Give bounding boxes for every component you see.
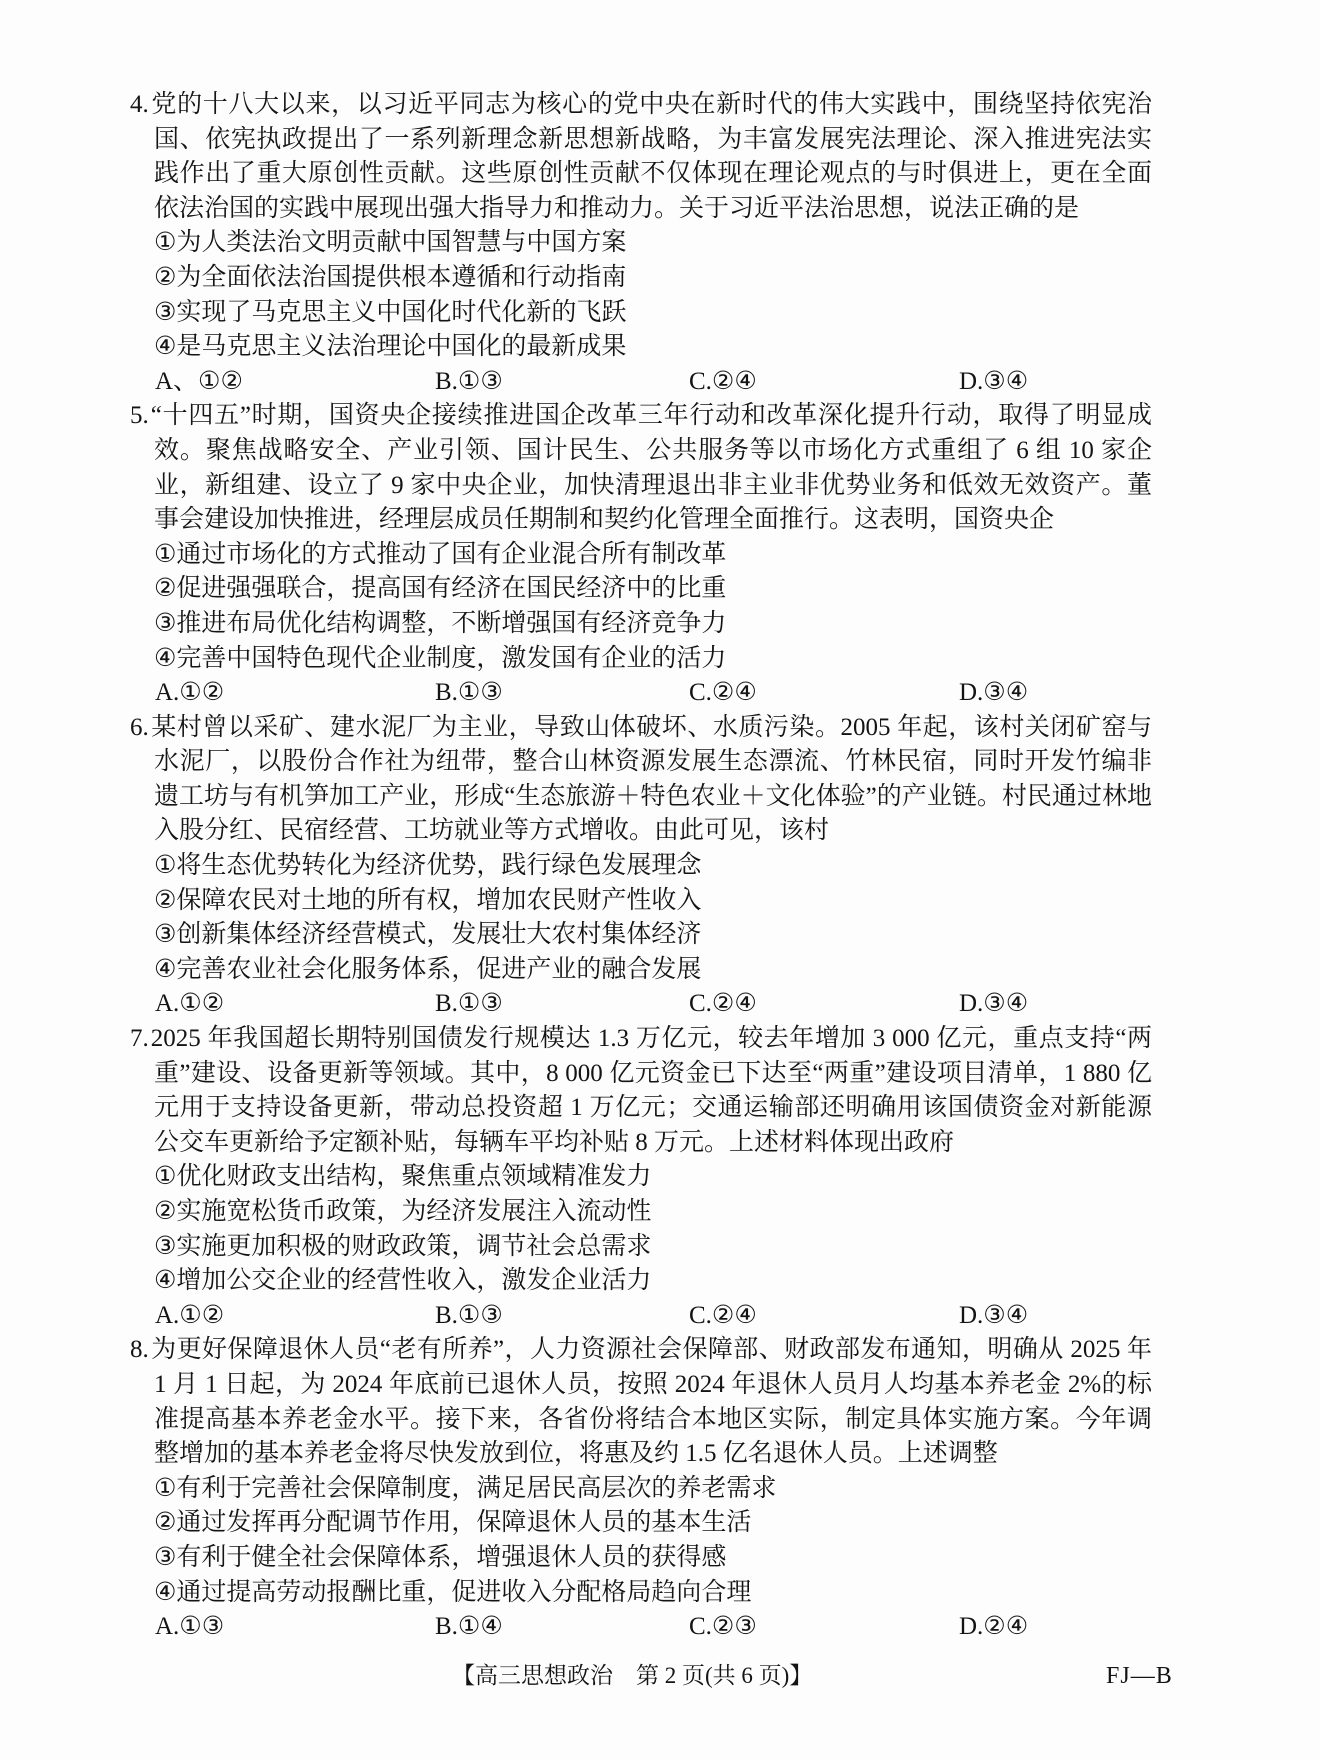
question-stem: 6.某村曾以采矿、建水泥厂为主业，导致山体破坏、水质污染。2005 年起，该村关… xyxy=(130,711,1152,849)
question-number: 5. xyxy=(130,402,151,429)
option-d: D.②④ xyxy=(959,1610,1028,1645)
question-stem-text: “十四五”时期，国资央企接续推进国企改革三年行动和改革深化提升行动，取得了明显成… xyxy=(151,402,1152,533)
option-a: A、①② xyxy=(155,365,243,400)
statement-3: ③推进布局优化结构调整，不断增强国有经济竞争力 xyxy=(130,607,1152,642)
option-d: D.③④ xyxy=(959,365,1028,400)
option-d: D.③④ xyxy=(959,987,1028,1022)
option-a: A.①② xyxy=(155,987,224,1022)
option-a: A.①② xyxy=(155,676,224,711)
statement-2: ②通过发挥再分配调节作用，保障退休人员的基本生活 xyxy=(130,1506,1152,1541)
option-d: D.③④ xyxy=(959,1299,1028,1334)
question-stem: 5.“十四五”时期，国资央企接续推进国企改革三年行动和改革深化提升行动，取得了明… xyxy=(130,399,1152,537)
option-b: B.①③ xyxy=(435,987,503,1022)
question-number: 6. xyxy=(130,714,151,741)
options-row: A.①③ B.①④ C.②③ D.②④ xyxy=(130,1610,1152,1645)
statement-3: ③有利于健全社会保障体系，增强退休人员的获得感 xyxy=(130,1541,1152,1576)
statement-1: ①优化财政支出结构，聚焦重点领域精准发力 xyxy=(130,1160,1152,1195)
statement-2: ②保障农民对土地的所有权，增加农民财产性收入 xyxy=(130,884,1152,919)
statement-1: ①将生态优势转化为经济优势，践行绿色发展理念 xyxy=(130,849,1152,884)
options-row: A.①② B.①③ C.②④ D.③④ xyxy=(130,1299,1152,1334)
question-stem-text: 党的十八大以来，以习近平同志为核心的党中央在新时代的伟大实践中，围绕坚持依宪治国… xyxy=(151,91,1152,222)
options-row: A.①② B.①③ C.②④ D.③④ xyxy=(130,676,1152,711)
option-b: B.①③ xyxy=(435,365,503,400)
question-8: 8.为更好保障退休人员“老有所养”，人力资源社会保障部、财政部发布通知，明确从 … xyxy=(130,1333,1152,1644)
question-stem-text: 某村曾以采矿、建水泥厂为主业，导致山体破坏、水质污染。2005 年起，该村关闭矿… xyxy=(151,714,1152,845)
option-c: C.②④ xyxy=(689,987,757,1022)
question-number: 8. xyxy=(130,1336,151,1363)
question-stem-text: 为更好保障退休人员“老有所养”，人力资源社会保障部、财政部发布通知，明确从 20… xyxy=(151,1336,1152,1467)
question-number: 4. xyxy=(130,91,151,118)
question-4: 4.党的十八大以来，以习近平同志为核心的党中央在新时代的伟大实践中，围绕坚持依宪… xyxy=(130,88,1152,399)
question-5: 5.“十四五”时期，国资央企接续推进国企改革三年行动和改革深化提升行动，取得了明… xyxy=(130,399,1152,710)
option-d: D.③④ xyxy=(959,676,1028,711)
question-6: 6.某村曾以采矿、建水泥厂为主业，导致山体破坏、水质污染。2005 年起，该村关… xyxy=(130,711,1152,1022)
question-number: 7. xyxy=(130,1025,151,1052)
statement-4: ④完善中国特色现代企业制度，激发国有企业的活力 xyxy=(130,642,1152,677)
question-stem: 4.党的十八大以来，以习近平同志为核心的党中央在新时代的伟大实践中，围绕坚持依宪… xyxy=(130,88,1152,226)
question-stem: 7.2025 年我国超长期特别国债发行规模达 1.3 万亿元，较去年增加 3 0… xyxy=(130,1022,1152,1160)
options-row: A、①② B.①③ C.②④ D.③④ xyxy=(130,365,1152,400)
statement-1: ①有利于完善社会保障制度，满足居民高层次的养老需求 xyxy=(130,1472,1152,1507)
statement-2: ②促进强强联合，提高国有经济在国民经济中的比重 xyxy=(130,572,1152,607)
option-a: A.①② xyxy=(155,1299,224,1334)
statement-3: ③创新集体经济经营模式，发展壮大农村集体经济 xyxy=(130,918,1152,953)
statement-4: ④通过提高劳动报酬比重，促进收入分配格局趋向合理 xyxy=(130,1576,1152,1611)
option-c: C.②④ xyxy=(689,1299,757,1334)
statement-2: ②为全面依法治国提供根本遵循和行动指南 xyxy=(130,261,1152,296)
statement-3: ③实施更加积极的财政政策，调节社会总需求 xyxy=(130,1230,1152,1265)
statement-2: ②实施宽松货币政策，为经济发展注入流动性 xyxy=(130,1195,1152,1230)
page-footer-label: 【高三思想政治 第 2 页(共 6 页)】 xyxy=(452,1662,812,1690)
statement-1: ①为人类法治文明贡献中国智慧与中国方案 xyxy=(130,226,1152,261)
option-c: C.②③ xyxy=(689,1610,757,1645)
statement-3: ③实现了马克思主义中国化时代化新的飞跃 xyxy=(130,296,1152,331)
option-b: B.①③ xyxy=(435,1299,503,1334)
option-b: B.①④ xyxy=(435,1610,503,1645)
statement-4: ④是马克思主义法治理论中国化的最新成果 xyxy=(130,330,1152,365)
questions-area: 4.党的十八大以来，以习近平同志为核心的党中央在新时代的伟大实践中，围绕坚持依宪… xyxy=(130,88,1152,1645)
options-row: A.①② B.①③ C.②④ D.③④ xyxy=(130,987,1152,1022)
question-stem: 8.为更好保障退休人员“老有所养”，人力资源社会保障部、财政部发布通知，明确从 … xyxy=(130,1333,1152,1471)
question-7: 7.2025 年我国超长期特别国债发行规模达 1.3 万亿元，较去年增加 3 0… xyxy=(130,1022,1152,1333)
option-b: B.①③ xyxy=(435,676,503,711)
question-stem-text: 2025 年我国超长期特别国债发行规模达 1.3 万亿元，较去年增加 3 000… xyxy=(151,1025,1152,1156)
option-a: A.①③ xyxy=(155,1610,224,1645)
statement-1: ①通过市场化的方式推动了国有企业混合所有制改革 xyxy=(130,538,1152,573)
statement-4: ④完善农业社会化服务体系，促进产业的融合发展 xyxy=(130,953,1152,988)
option-c: C.②④ xyxy=(689,365,757,400)
option-c: C.②④ xyxy=(689,676,757,711)
statement-4: ④增加公交企业的经营性收入，激发企业活力 xyxy=(130,1264,1152,1299)
paper-code: FJ—B xyxy=(1106,1662,1173,1690)
